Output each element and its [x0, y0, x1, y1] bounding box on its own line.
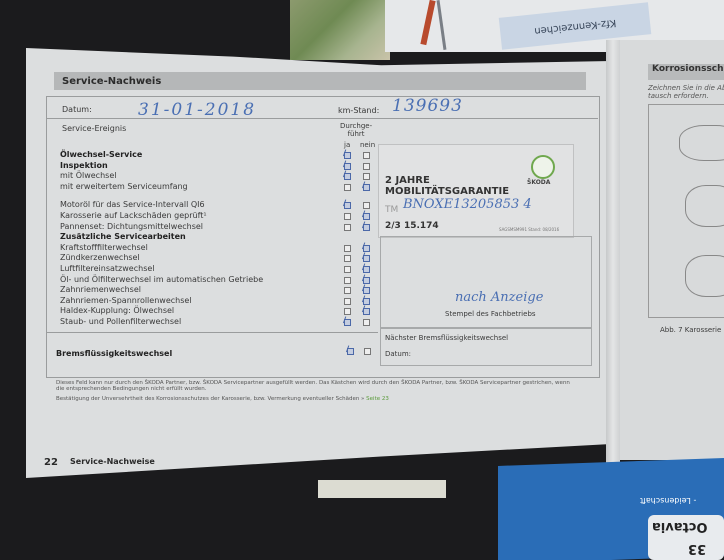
booklet-spine: [606, 40, 620, 470]
checkbox-yes[interactable]: [344, 173, 351, 180]
page-number: 22: [44, 457, 58, 468]
checkbox-yes[interactable]: [344, 319, 351, 326]
checkbox-yes[interactable]: [344, 163, 351, 170]
checkbox-yes[interactable]: [344, 277, 351, 284]
service-item-label: Staub- und Pollenfilterwechsel: [60, 317, 181, 326]
mobility-guarantee-sticker: 2 JAHRE MOBILITÄTSGARANTIE ŠKODA TM BNOX…: [378, 144, 574, 238]
service-item-label: mit Ölwechsel: [60, 171, 116, 180]
sticker-title-2: MOBILITÄTSGARANTIE: [385, 186, 509, 197]
checkbox-no[interactable]: [363, 245, 370, 252]
checkbox-no[interactable]: [363, 277, 370, 284]
right-section-title-text: Korrosionssch: [648, 64, 724, 74]
stamp-label: Stempel des Fachbetriebs: [445, 310, 536, 318]
paper-tab: [318, 480, 446, 498]
next-date-label: Datum:: [385, 350, 411, 358]
checkbox-yes[interactable]: [344, 184, 351, 191]
model-text: Octavia: [652, 519, 707, 534]
checkbox-no[interactable]: [363, 287, 370, 294]
checkbox-yes[interactable]: [344, 213, 351, 220]
service-item-label: mit erweitertem Serviceumfang: [60, 182, 188, 191]
yes-header: ja: [344, 141, 350, 149]
checkbox-yes[interactable]: [344, 287, 351, 294]
date-label: Datum:: [62, 105, 92, 114]
checkbox-no[interactable]: [363, 298, 370, 305]
sticker-small-print: SAGSMSM991 Stand: 08/2016: [499, 227, 559, 232]
skoda-logo-icon: [531, 155, 555, 179]
service-event-label: Service-Ereignis: [62, 124, 126, 133]
right-section-title: Korrosionssch: [648, 64, 724, 80]
checkbox-yes[interactable]: [344, 266, 351, 273]
service-item-label: Öl- und Ölfilterwechsel im automatischen…: [60, 275, 263, 284]
checkbox-no[interactable]: [363, 173, 370, 180]
footnote-1: Dieses Feld kann nur durch den ŠKODA Par…: [56, 380, 576, 392]
checkbox-yes[interactable]: [344, 202, 351, 209]
sticker-brand: ŠKODA: [527, 179, 550, 186]
service-item-label: Zündkerzenwechsel: [60, 253, 140, 262]
divider: [46, 118, 598, 119]
brake-fluid-label: Bremsflüssigkeitswechsel: [56, 349, 172, 358]
footnote-2-text: Bestätigung der Unversehrtheit des Korro…: [56, 396, 366, 402]
checkbox-yes[interactable]: [344, 245, 351, 252]
figure-caption: Abb. 7 Karosserie: [660, 326, 721, 334]
service-item-label: Luftfiltereinsatzwechsel: [60, 264, 155, 273]
km-value[interactable]: 139693: [392, 96, 463, 116]
right-intro-text: Zeichnen Sie in die Ab tausch erfordern.: [648, 84, 724, 100]
service-item-label: Haldex-Kupplung: Ölwechsel: [60, 306, 174, 315]
checkbox-no[interactable]: [363, 224, 370, 231]
sticker-number: 2/3 15.174: [385, 221, 439, 231]
checkbox-yes[interactable]: [344, 152, 351, 159]
service-item-label: Zahnriemen-Spannrollenwechsel: [60, 296, 192, 305]
service-item-label: Inspektion: [60, 161, 108, 170]
service-item-label: Motoröl für das Service-Intervall QI6: [60, 200, 205, 209]
checkbox-no[interactable]: [363, 319, 370, 326]
checkbox-yes[interactable]: [344, 255, 351, 262]
checkbox-yes[interactable]: [344, 308, 351, 315]
checkbox-no[interactable]: [363, 255, 370, 262]
car-outline-icon: [685, 255, 724, 297]
model-label: Octavia 33: [648, 515, 724, 560]
footnote-link[interactable]: Seite 23: [366, 396, 389, 402]
footnote-2: Bestätigung der Unversehrtheit des Korro…: [56, 396, 576, 402]
brake-fluid-yes-checkbox[interactable]: [347, 348, 354, 355]
subsection-header: Zusätzliche Servicearbeiten: [60, 232, 186, 241]
checkbox-no[interactable]: [363, 163, 370, 170]
service-item-label: Pannenset: Dichtungsmittelwechsel: [60, 222, 203, 231]
no-header: nein: [360, 141, 375, 149]
km-label: km-Stand:: [338, 106, 379, 115]
service-item-label: Ölwechsel-Service: [60, 150, 142, 159]
date-value[interactable]: 31-01-2018: [138, 100, 256, 120]
car-outline-icon: [679, 125, 724, 161]
checkbox-yes[interactable]: [344, 224, 351, 231]
model-number: 33: [688, 541, 706, 556]
divider: [46, 332, 378, 333]
background-photo: [290, 0, 390, 60]
checkbox-no[interactable]: [363, 266, 370, 273]
checkbox-no[interactable]: [363, 213, 370, 220]
service-item-label: Zahnriemenwechsel: [60, 285, 141, 294]
checkbox-no[interactable]: [363, 152, 370, 159]
checkbox-no[interactable]: [363, 184, 370, 191]
car-body-diagram: [648, 104, 724, 318]
section-title: Service-Nachweis: [62, 76, 161, 87]
service-item-label: Kraftstofffilterwechsel: [60, 243, 148, 252]
blue-booklet-tagline: - Leidenschaft: [640, 496, 696, 505]
brake-fluid-no-checkbox[interactable]: [364, 348, 371, 355]
checkbox-no[interactable]: [363, 202, 370, 209]
car-outline-icon: [685, 185, 724, 227]
performed-header: Durchge- führt: [340, 122, 372, 138]
vin-prefix: TM: [385, 205, 398, 215]
stamp-handwritten: nach Anzeige: [455, 290, 543, 305]
vin-handwritten: BNOXE13205853 4: [403, 197, 532, 212]
next-brake-fluid-label: Nächster Bremsflüssigkeitswechsel: [385, 334, 508, 342]
service-item-label: Karosserie auf Lackschäden geprüft¹: [60, 211, 207, 220]
checkbox-no[interactable]: [363, 308, 370, 315]
page-section-name: Service-Nachweise: [70, 457, 155, 466]
checkbox-yes[interactable]: [344, 298, 351, 305]
sticker-title-1: 2 JAHRE: [385, 175, 430, 186]
